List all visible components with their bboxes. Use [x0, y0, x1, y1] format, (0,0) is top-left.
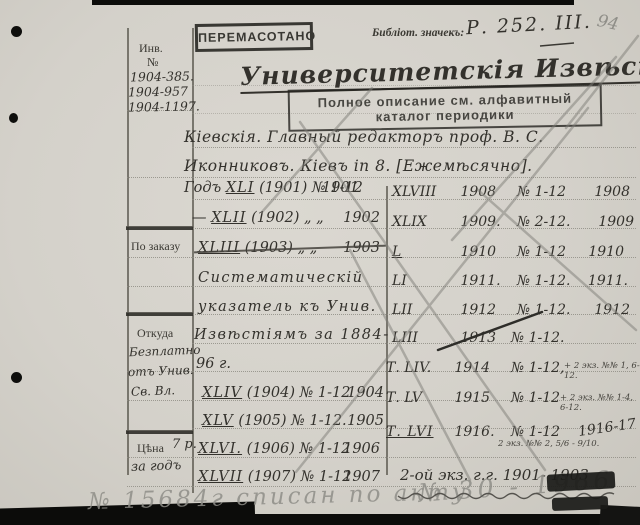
year-row: XLVI. (1906) № 1-12 1906: [198, 441, 384, 457]
year-row-roman: XLI: [226, 180, 255, 196]
year-row-issues: № 1-12: [517, 184, 581, 200]
year-row: Годъ XLI (1901) № 1-12 1901: [184, 180, 363, 196]
year-row-year: 1904: [347, 385, 384, 401]
year-table-right-column: XLVIII 1908 № 1-12 1908 XLIX 1909. № 2-1…: [392, 0, 640, 525]
inventory-number: 1904-957: [128, 83, 188, 99]
year-row-year2: 1916-17: [577, 416, 637, 440]
year-row-roman: LIII: [392, 330, 456, 346]
year-row-year2: 1908: [594, 184, 630, 200]
year-row-issues: № 1-12: [517, 244, 581, 260]
index-note-text: Систематическій: [198, 270, 364, 286]
year-row-year: 1916.: [454, 424, 506, 440]
year-row-roman: L: [392, 244, 456, 260]
year-row: XLIV (1904) № 1-12 1904: [202, 385, 384, 401]
index-note-line: Извѣстіямъ за 1884-: [194, 327, 390, 343]
year-row-year: 1905: [347, 413, 384, 429]
year-row: LII 1912 № 1-12. 1912: [392, 302, 636, 318]
section-separator: [126, 312, 193, 316]
year-row-note: + 2 экз. №№ 1, 6-12.: [564, 362, 640, 382]
rule: [127, 400, 192, 401]
price-period: за годъ: [131, 458, 182, 475]
index-note-text: 96 г.: [196, 356, 231, 372]
sidebar-price-label: Цѣна: [137, 441, 164, 456]
year-row: XLIX 1909. № 2-12. 1909: [392, 214, 636, 230]
year-row-year: 1909.: [460, 214, 512, 230]
year-table-left-column: Годъ XLI (1901) № 1-12 1901 — XLII (1902…: [184, 0, 384, 525]
sidebar-origin-label-text: Откуда: [137, 326, 173, 340]
year-row-year: 1915: [454, 390, 506, 406]
year-row: LIII 1913 № 1-12.: [392, 330, 636, 346]
year-row: XLVIII 1908 № 1-12 1908: [392, 184, 636, 200]
year-row-year: 1902: [343, 210, 380, 226]
rule: [127, 286, 192, 287]
year-row-roman: XLV: [202, 413, 234, 429]
year-row-issues: № 2-12.: [517, 214, 581, 230]
inventory-label: Инв.: [139, 41, 163, 56]
year-row-year: 1903: [343, 240, 380, 256]
year-row-year: 1914: [454, 360, 506, 376]
index-note-text: указатель къ Унив.: [198, 299, 377, 315]
sidebar-price-label-text: Цѣна: [137, 441, 164, 455]
index-note-line: указатель къ Унив.: [198, 299, 377, 315]
year-row-roman: XLVI.: [198, 441, 242, 457]
year-row-note: 2 экз. №№ 2, 5/6 - 9/10.: [498, 440, 638, 450]
year-row-year: 1913: [460, 330, 506, 346]
rule: [127, 177, 192, 178]
year-row-issues: (1902) „ „: [251, 210, 323, 226]
year-row-roman: XLIII: [198, 240, 240, 256]
inventory-number-text: 1904-957: [128, 83, 188, 99]
year-row: L 1910 № 1-12 1910: [392, 244, 636, 260]
inventory-no-sign: №: [147, 55, 158, 70]
index-note-line: 96 г.: [196, 356, 231, 372]
catalog-card-scan: ПЕРЕМАСОТАНО Библіот. значекъ: Р. 252. I…: [0, 0, 640, 525]
year-row-year2: 1909: [598, 214, 634, 230]
year-row-issues: № 1-12.: [517, 273, 581, 289]
year-row-year: 1901: [322, 180, 359, 196]
year-row-roman: XLVII: [198, 469, 243, 485]
year-row: XLV (1905) № 1-12. 1905: [202, 413, 384, 429]
inventory-no-sign-text: №: [147, 55, 158, 69]
rule: [127, 257, 192, 258]
punch-hole: [9, 113, 18, 123]
year-row-prefix: Годъ: [184, 180, 221, 196]
price-period-text: за годъ: [131, 458, 182, 475]
year-row-roman: LII: [392, 302, 456, 318]
sidebar-order-label-text: По заказу: [131, 239, 180, 253]
year-row-prefix: —: [192, 210, 207, 226]
section-separator: [126, 430, 193, 434]
year-row-roman: XLIX: [392, 214, 456, 230]
index-note-text: Извѣстіямъ за 1884-: [194, 327, 390, 343]
origin-note-line: Св. Вл.: [131, 383, 176, 399]
year-row-struck: XLIII (1903) „ „ 1903: [198, 240, 384, 256]
inventory-label-text: Инв.: [139, 41, 163, 55]
section-separator: [126, 226, 193, 230]
year-row-issues: (1904) № 1-12: [247, 385, 351, 401]
year-row-roman: Т. LIV.: [386, 360, 450, 376]
year-row-roman: XLII: [211, 210, 246, 226]
year-row: Т. LIV. 1914 № 1-12, + 2 экз. №№ 1, 6-12…: [392, 360, 636, 376]
year-row-year2: 1911.: [588, 273, 628, 289]
origin-note-text: Св. Вл.: [131, 383, 176, 399]
year-row-issues: № 1-12.: [511, 330, 575, 346]
punch-hole: [11, 372, 22, 383]
year-row-roman: XLVIII: [392, 184, 456, 200]
sidebar-origin-label: Откуда: [137, 326, 173, 341]
year-row-year2: 1912: [594, 302, 630, 318]
year-row-issues: (1903) „ „: [245, 240, 317, 256]
year-row: — XLII (1902) „ „ 1902: [192, 210, 384, 226]
year-row-issues: (1906) № 1-12: [247, 441, 351, 457]
year-row: Т. LVI 1916. № 1-12 1916-17 2 экз. №№ 2,…: [392, 424, 636, 440]
year-row-year: 1906: [343, 441, 380, 457]
year-row-roman: LI: [392, 273, 456, 289]
year-row-year: 1910: [460, 244, 512, 260]
year-row-issues: (1905) № 1-12.: [238, 413, 346, 429]
sidebar-order-label: По заказу: [131, 239, 180, 254]
year-row: LI 1911. № 1-12. 1911.: [392, 273, 636, 289]
year-row: Т. LV 1915 № 1-12 + 2 экз. №№ 1-4, 6-12.: [392, 390, 636, 406]
punch-hole: [11, 26, 22, 37]
year-row-issues: № 1-12: [511, 424, 575, 440]
year-row-roman: Т. LVI: [386, 424, 450, 440]
year-row-issues: № 1-12.: [517, 302, 581, 318]
year-row-year: 1908: [460, 184, 512, 200]
year-row-year2: 1910: [588, 244, 624, 260]
year-row-roman: XLIV: [202, 385, 242, 401]
year-row-year: 1911.: [460, 273, 512, 289]
year-row-note: + 2 экз. №№ 1-4, 6-12.: [560, 394, 640, 414]
index-note-line: Систематическій: [198, 270, 364, 286]
year-row-roman: Т. LV: [386, 390, 450, 406]
year-row-year: 1912: [460, 302, 512, 318]
